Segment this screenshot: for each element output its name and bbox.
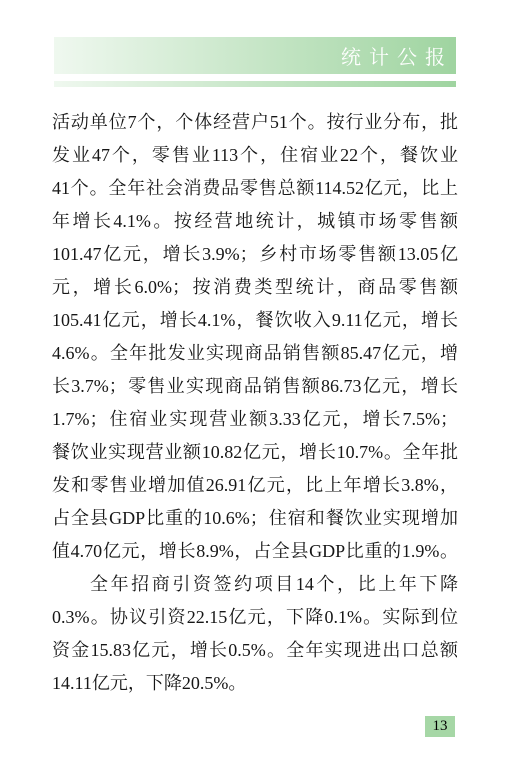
text-line: 41个。全年社会消费品零售总额114.52亿元，比上: [52, 172, 458, 205]
page-number-badge: 13: [425, 716, 455, 737]
text-line: 14.11亿元，下降20.5%。: [52, 667, 458, 700]
text-line: 占全县GDP比重的10.6%；住宿和餐饮业实现增加: [52, 502, 458, 535]
text-line: 0.3%。协议引资22.15亿元，下降0.1%。实际到位: [52, 601, 458, 634]
paragraph-2: 全年招商引资签约项目14个，比上年下降 0.3%。协议引资22.15亿元，下降0…: [52, 568, 458, 700]
header-rule: [54, 81, 456, 87]
header-bar: 统计公报: [54, 37, 456, 74]
text-line: 105.41亿元，增长4.1%，餐饮收入9.11亿元，增长: [52, 304, 458, 337]
text-line: 全年招商引资签约项目14个，比上年下降: [52, 568, 458, 601]
text-line: 值4.70亿元，增长8.9%，占全县GDP比重的1.9%。: [52, 535, 458, 568]
text-line: 长3.7%；零售业实现商品销售额86.73亿元，增长: [52, 370, 458, 403]
text-line: 资金15.83亿元，增长0.5%。全年实现进出口总额: [52, 634, 458, 667]
text-line: 餐饮业实现营业额10.82亿元，增长10.7%。全年批: [52, 436, 458, 469]
text-line: 发业47个，零售业113个，住宿业22个，餐饮业: [52, 139, 458, 172]
body-text: 活动单位7个，个体经营户51个。按行业分布，批 发业47个，零售业113个，住宿…: [52, 106, 458, 700]
page-title: 统计公报: [341, 41, 456, 70]
paragraph-1: 活动单位7个，个体经营户51个。按行业分布，批 发业47个，零售业113个，住宿…: [52, 106, 458, 568]
text-line: 年增长4.1%。按经营地统计，城镇市场零售额: [52, 205, 458, 238]
text-line: 发和零售业增加值26.91亿元，比上年增长3.8%，: [52, 469, 458, 502]
document-page: { "header": { "title": "统计公报" }, "body":…: [0, 0, 511, 775]
text-line: 1.7%；住宿业实现营业额3.33亿元，增长7.5%；: [52, 403, 458, 436]
text-line: 101.47亿元，增长3.9%；乡村市场零售额13.05亿: [52, 238, 458, 271]
text-line: 4.6%。全年批发业实现商品销售额85.47亿元，增: [52, 337, 458, 370]
text-line: 活动单位7个，个体经营户51个。按行业分布，批: [52, 106, 458, 139]
text-line: 元，增长6.0%；按消费类型统计，商品零售额: [52, 271, 458, 304]
